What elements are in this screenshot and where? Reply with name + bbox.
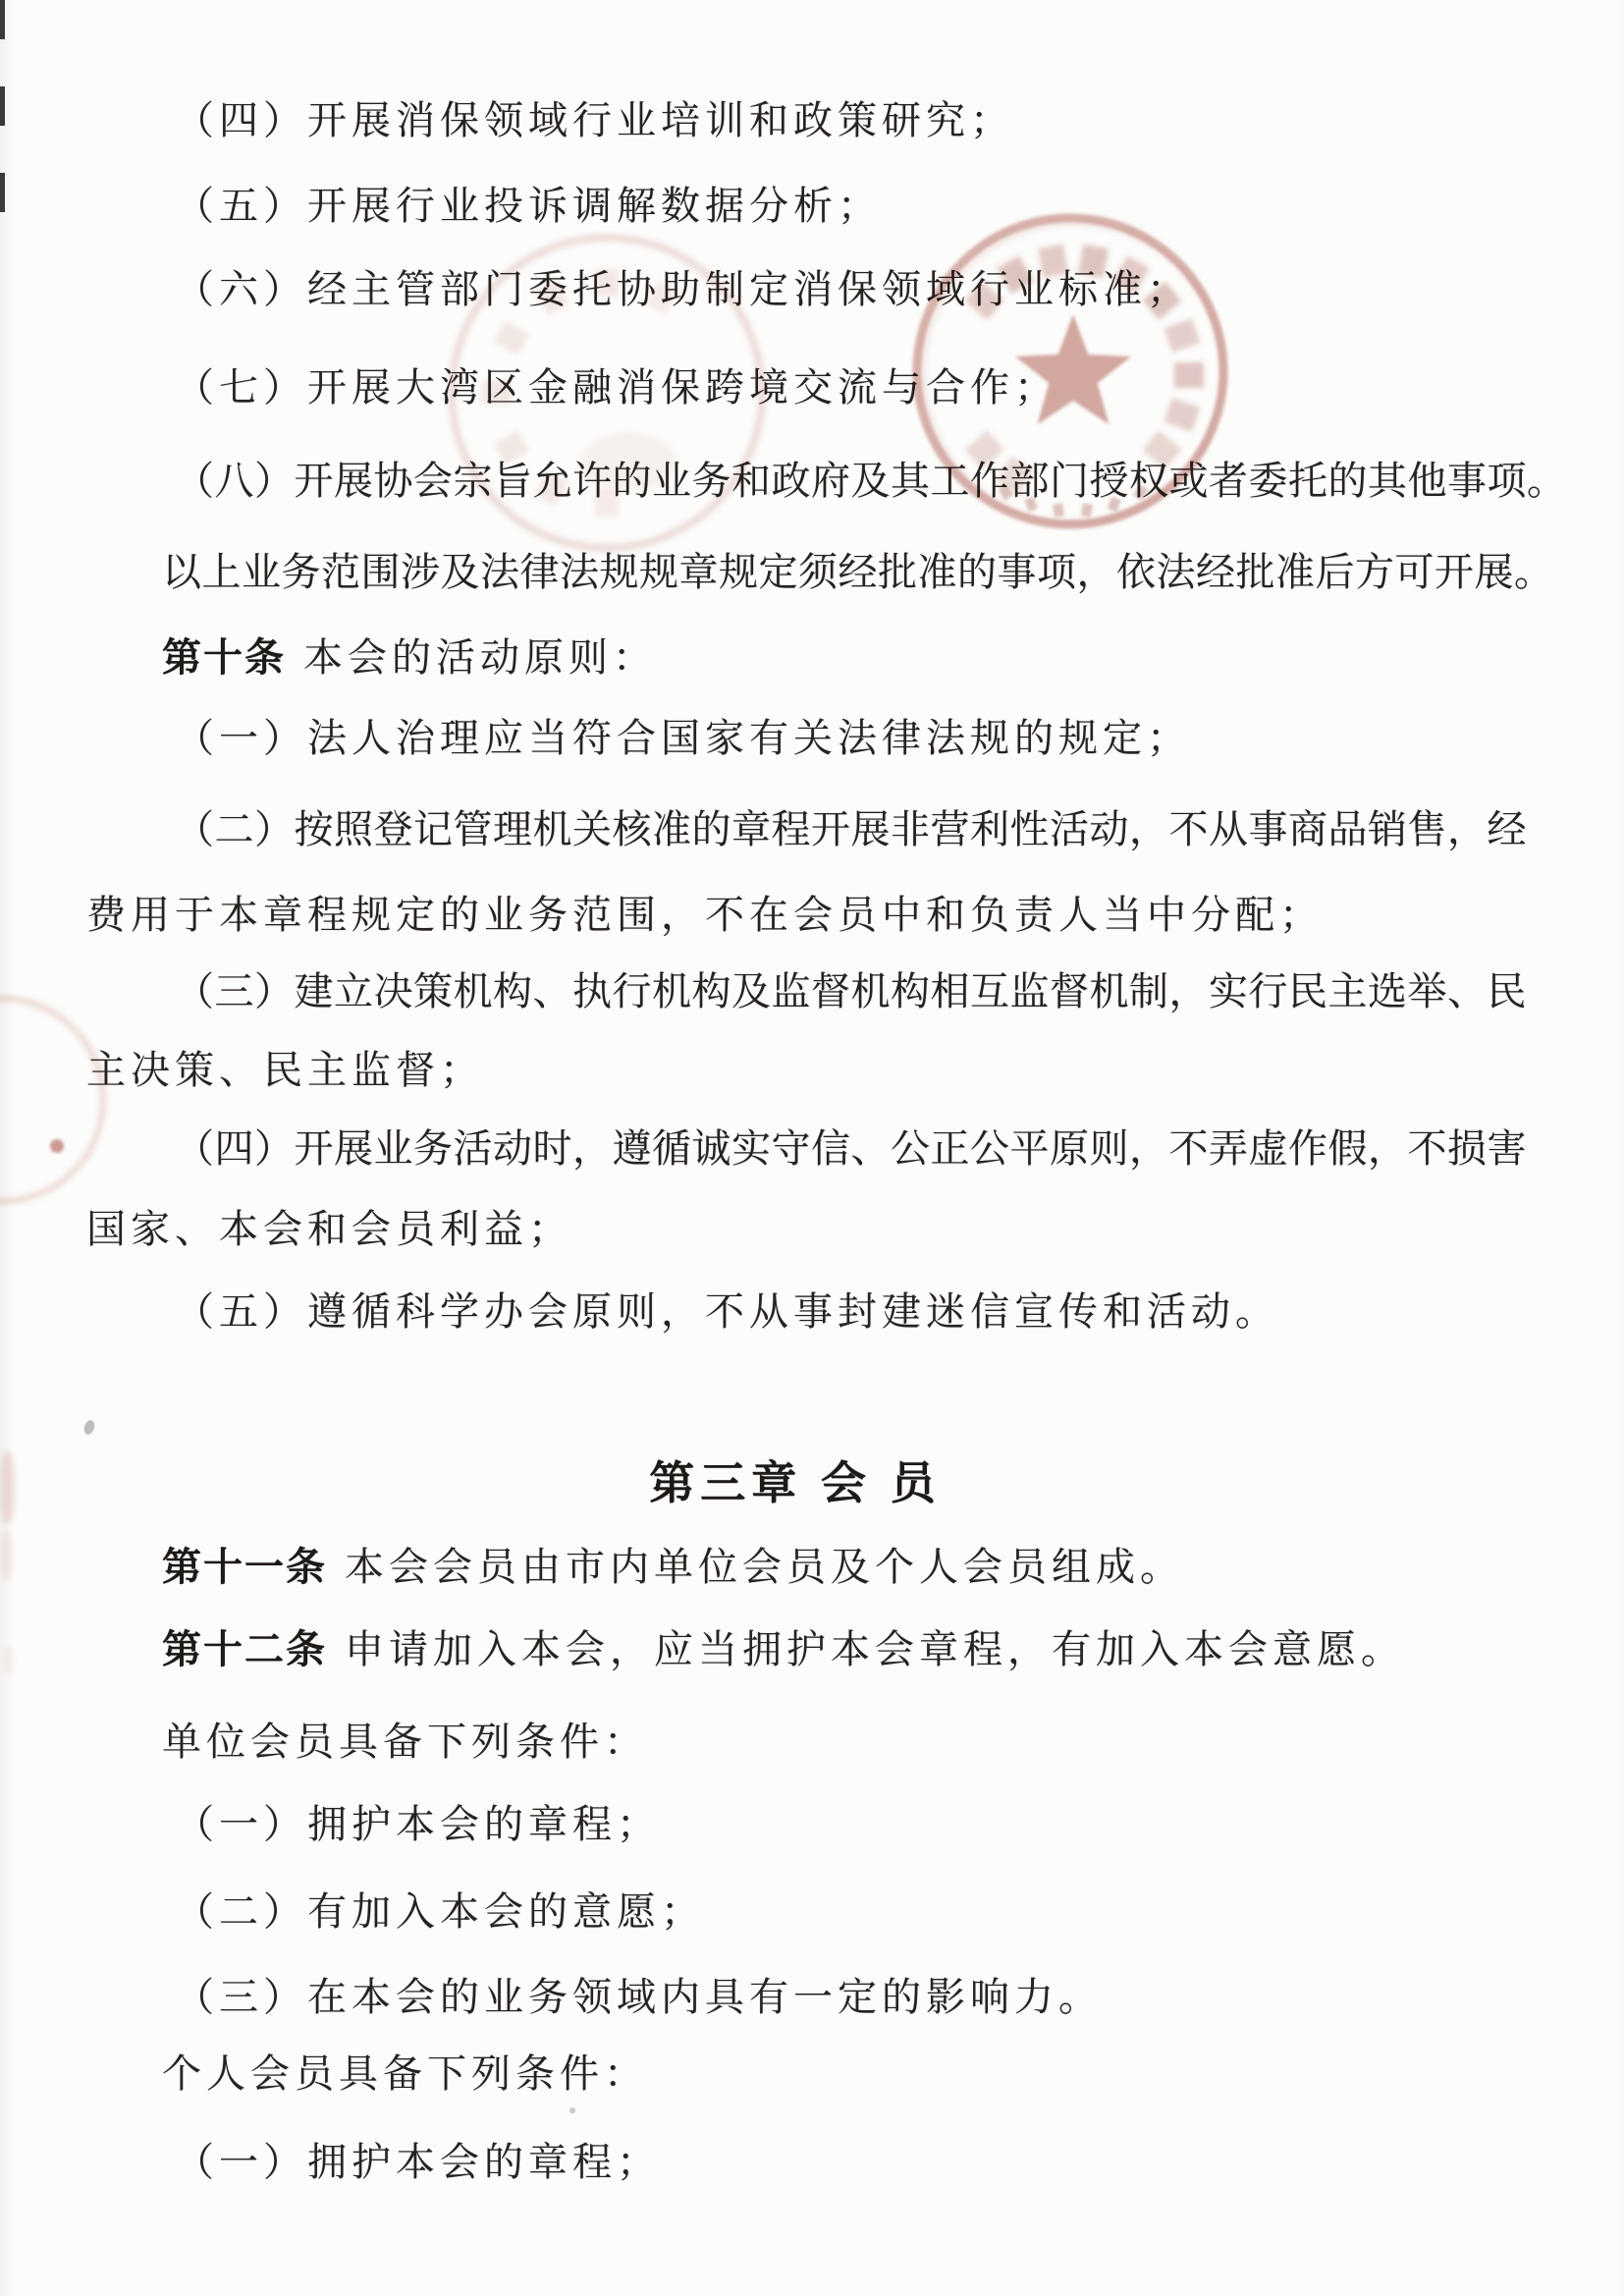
seal-ring (0, 999, 103, 1201)
line-text: （四）开展消保领域行业培训和政策研究； (175, 98, 1014, 142)
line-text: （一）拥护本会的章程； (175, 2140, 661, 2184)
line-text: 本会会员由市内单位会员及个人会员组成。 (345, 1545, 1184, 1589)
line-text: 个人会员具备下列条件： (162, 2051, 648, 2096)
document-line: （一）拥护本会的章程； (175, 2139, 661, 2186)
edge-ghost-seal (0, 999, 103, 1201)
document-line: （一）法人治理应当符合国家有关法律法规的规定； (175, 715, 1191, 762)
scan-speck-artifact (82, 1419, 96, 1436)
document-line: （三）建立决策机构、执行机构及监督机构相互监督机制，实行民主选举、民 (175, 968, 1527, 1015)
ink-smudge-artifact (1, 1530, 12, 1581)
scan-speck-artifact (569, 2107, 575, 2113)
document-line: 主决策、民主监督； (86, 1047, 484, 1094)
line-text: （五）遵循科学办会原则，不从事封建迷信宣传和活动。 (175, 1289, 1279, 1334)
line-text: （七）开展大湾区金融消保跨境交流与合作； (175, 365, 1058, 410)
document-line: （七）开展大湾区金融消保跨境交流与合作； (175, 364, 1058, 411)
document-line: （五）开展行业投诉调解数据分析； (175, 183, 882, 230)
scan-edge-artifact (0, 0, 5, 257)
document-line-article-11: 第十一条本会会员由市内单位会员及个人会员组成。 (162, 1544, 1184, 1591)
line-text: 国家、本会和会员利益； (86, 1207, 572, 1251)
line-text: 本会的活动原则： (303, 635, 657, 680)
line-text: （三）在本会的业务领域内具有一定的影响力。 (175, 1975, 1103, 2019)
line-text: （六）经主管部门委托协助制定消保领域行业标准； (175, 267, 1191, 311)
document-line: （四）开展消保领域行业培训和政策研究； (175, 97, 1014, 144)
line-text: 申请加入本会，应当拥护本会章程，有加入本会意愿。 (345, 1627, 1405, 1671)
line-text: 以上业务范围涉及法律法规规章规定须经批准的事项，依法经批准后方可开展。 (162, 550, 1554, 594)
document-line: （三）在本会的业务领域内具有一定的影响力。 (175, 1974, 1103, 2021)
red-ink-dot (50, 1139, 64, 1153)
ink-smudge-artifact (0, 1451, 15, 1524)
document-line: 个人会员具备下列条件： (162, 2050, 648, 2098)
line-text: 费用于本章程规定的业务范围，不在会员中和负责人当中分配； (86, 893, 1324, 937)
line-text: 主决策、民主监督； (86, 1048, 484, 1092)
line-text: （三）建立决策机构、执行机构及监督机构相互监督机制，实行民主选举、民 (175, 969, 1527, 1013)
document-line: （六）经主管部门委托协助制定消保领域行业标准； (175, 266, 1191, 313)
line-text: 单位会员具备下列条件： (162, 1720, 648, 1764)
document-line-article-12: 第十二条申请加入本会，应当拥护本会章程，有加入本会意愿。 (162, 1626, 1405, 1673)
document-line: 单位会员具备下列条件： (162, 1719, 648, 1766)
document-line: （八）开展协会宗旨允许的业务和政府及其工作部门授权或者委托的其他事项。 (175, 458, 1567, 505)
document-line: （一）拥护本会的章程； (175, 1801, 661, 1848)
line-text: （八）开展协会宗旨允许的业务和政府及其工作部门授权或者委托的其他事项。 (175, 459, 1567, 503)
scanned-document-page: （四）开展消保领域行业培训和政策研究； （五）开展行业投诉调解数据分析； （六）… (0, 0, 1624, 2296)
document-line: （五）遵循科学办会原则，不从事封建迷信宣传和活动。 (175, 1288, 1279, 1336)
document-line: （二）有加入本会的意愿； (175, 1888, 705, 1936)
document-line: 费用于本章程规定的业务范围，不在会员中和负责人当中分配； (86, 892, 1324, 939)
line-text: （一）法人治理应当符合国家有关法律法规的规定； (175, 716, 1191, 760)
ink-smudge-artifact (4, 1646, 13, 1675)
line-text: （五）开展行业投诉调解数据分析； (175, 184, 882, 228)
chapter-heading: 第三章 会 员 (0, 1457, 1591, 1508)
document-line: （四）开展业务活动时，遵循诚实守信、公正公平原则，不弄虚作假，不损害 (175, 1125, 1527, 1173)
article-number-label: 第十一条 (162, 1546, 327, 1589)
document-line: 以上业务范围涉及法律法规规章规定须经批准的事项，依法经批准后方可开展。 (162, 549, 1554, 596)
line-text: （二）按照登记管理机关核准的章程开展非营利性活动，不从事商品销售，经 (175, 807, 1527, 851)
article-number-label: 第十二条 (162, 1628, 327, 1671)
line-text: （二）有加入本会的意愿； (175, 1889, 705, 1934)
line-text: （一）拥护本会的章程； (175, 1802, 661, 1846)
document-line: 国家、本会和会员利益； (86, 1206, 572, 1253)
document-line-article-10: 第十条本会的活动原则： (162, 634, 657, 682)
document-line: （二）按照登记管理机关核准的章程开展非营利性活动，不从事商品销售，经 (175, 806, 1527, 853)
article-number-label: 第十条 (162, 636, 286, 680)
line-text: （四）开展业务活动时，遵循诚实守信、公正公平原则，不弄虚作假，不损害 (175, 1126, 1527, 1171)
